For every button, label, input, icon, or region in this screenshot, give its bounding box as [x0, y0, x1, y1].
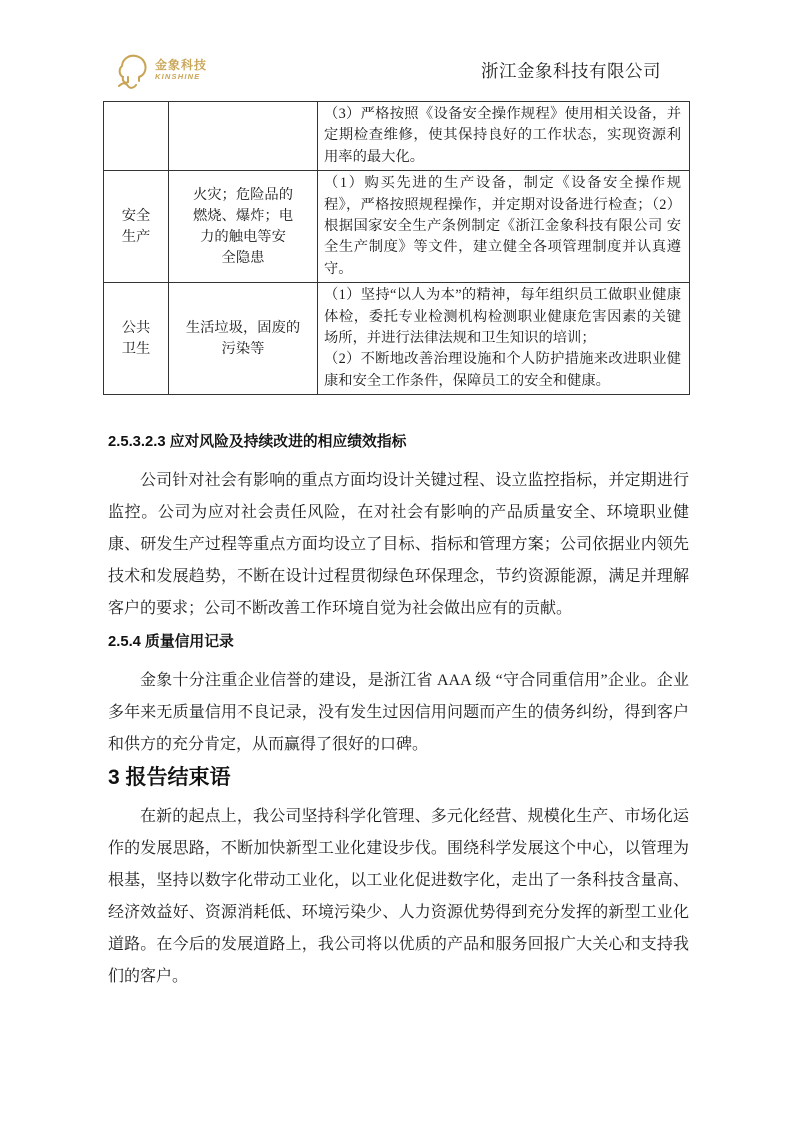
document-body: （3）严格按照《设备安全操作规程》使用相关设备，并定期检查维修，使其保持良好的工…: [103, 101, 689, 993]
elephant-icon: [116, 50, 150, 90]
company-logo: 金象科技 KINSHINE: [116, 50, 207, 90]
company-name: 浙江金象科技有限公司: [481, 58, 661, 83]
measure-paragraph: （3）严格按照《设备安全操作规程》使用相关设备，并定期检查维修，使其保持良好的工…: [324, 104, 681, 168]
measure-paragraph: （1）坚持“以人为本”的精神，每年组织员工做职业健康体检，委托专业检测机构检测职…: [324, 285, 681, 349]
logo-text: 金象科技 KINSHINE: [155, 59, 207, 81]
table-row: 安全 生产 火灾；危险品的 燃烧、爆炸；电 力的触电等安 全隐患 （1）购买先进…: [104, 171, 690, 283]
table-row: 公共 卫生 生活垃圾，固废的 污染等 （1）坚持“以人为本”的精神，每年组织员工…: [104, 283, 690, 395]
measures-cell: （1）坚持“以人为本”的精神，每年组织员工做职业健康体检，委托专业检测机构检测职…: [318, 283, 690, 395]
section-heading-2-5-4: 2.5.4 质量信用记录: [108, 632, 689, 652]
logo-title: 金象科技: [155, 59, 207, 73]
logo-subtitle: KINSHINE: [155, 73, 207, 82]
measure-paragraph: （1）购买先进的生产设备，制定《设备安全操作规程》，严格按照规程操作，并定期对设…: [324, 173, 681, 280]
chapter-heading-3: 3 报告结束语: [108, 765, 689, 791]
measures-cell: （1）购买先进的生产设备，制定《设备安全操作规程》，严格按照规程操作，并定期对设…: [318, 171, 690, 283]
page-header: 金象科技 KINSHINE 浙江金象科技有限公司: [116, 44, 689, 96]
category-cell: 安全 生产: [104, 171, 169, 283]
report-page: 金象科技 KINSHINE 浙江金象科技有限公司 （3）严格按照《设备安全操作规…: [0, 0, 793, 1121]
section-paragraph: 在新的起点上，我公司坚持科学化管理、多元化经营、规模化生产、市场化运作的发展思路…: [108, 801, 689, 993]
section-paragraph: 公司针对社会有影响的重点方面均设计关键过程、设立监控指标，并定期进行监控。公司为…: [108, 465, 689, 625]
risk-cell: 生活垃圾，固废的 污染等: [169, 283, 318, 395]
risk-cell: [169, 102, 318, 171]
table-row: （3）严格按照《设备安全操作规程》使用相关设备，并定期检查维修，使其保持良好的工…: [104, 102, 690, 171]
section-heading-2-5-3-2-3: 2.5.3.2.3 应对风险及持续改进的相应绩效指标: [108, 432, 689, 452]
section-paragraph: 金象十分注重企业信誉的建设，是浙江省 AAA 级 “守合同重信用”企业。企业多年…: [108, 665, 689, 761]
measure-paragraph: （2）不断地改善治理设施和个人防护措施来改进职业健康和安全工作条件，保障员工的安…: [324, 349, 681, 392]
risk-measures-table: （3）严格按照《设备安全操作规程》使用相关设备，并定期检查维修，使其保持良好的工…: [103, 101, 690, 395]
category-cell: 公共 卫生: [104, 283, 169, 395]
risk-cell: 火灾；危险品的 燃烧、爆炸；电 力的触电等安 全隐患: [169, 171, 318, 283]
category-cell: [104, 102, 169, 171]
measures-cell: （3）严格按照《设备安全操作规程》使用相关设备，并定期检查维修，使其保持良好的工…: [318, 102, 690, 171]
